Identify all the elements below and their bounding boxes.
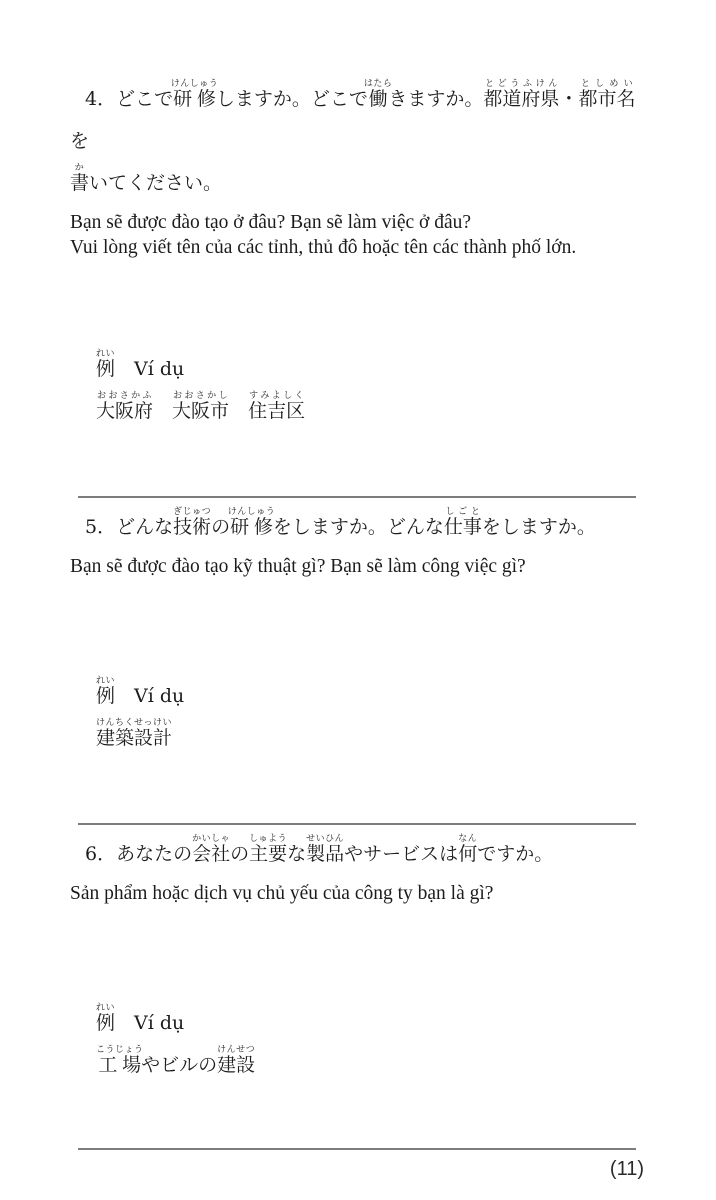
question-5-translation-vi-line-1: Bạn sẽ được đào tạo kỹ thuật gì? Bạn sẽ … [70,554,650,579]
question-4-translation-vi-line-1: Bạn sẽ được đào tạo ở đâu? Bạn sẽ làm vi… [70,210,650,235]
question-4-section: 4．どこで研修けんしゅうしますか。どこで働はたらきますか。都道府県とどうふけん・… [70,78,650,432]
question-6-example-answer: 工場こうじょうやビルの建設けんせつ [96,1044,650,1086]
question-5-example: 例れい Ví dụ 建築設計けんちくせっけい [70,675,650,759]
question-4-prompt-jp: 4．どこで研修けんしゅうしますか。どこで働はたらきますか。都道府県とどうふけん・… [70,78,650,204]
section-divider [78,1148,636,1150]
question-4-translation-vi-line-2: Vui lòng viết tên của các tỉnh, thủ đô h… [70,235,650,260]
question-6-answer-space [70,906,650,1002]
question-5-section: 5．どんな技術ぎじゅつの研修けんしゅうをしますか。どんな仕事しごとをしますか。 … [70,506,650,759]
question-6-prompt-jp: 6．あなたの会社かいしゃの主要しゅような製品せいひんやサービスは何なんですか。 [70,833,650,875]
example-label: 例れい Ví dụ [96,348,650,390]
question-4-example: 例れい Ví dụ 大阪府おおさかふ 大阪市おおさかし 住吉区すみよしく [70,348,650,432]
question-6-example: 例れい Ví dụ 工場こうじょうやビルの建設けんせつ [70,1002,650,1086]
question-5-example-answer: 建築設計けんちくせっけい [96,717,650,759]
question-6-section: 6．あなたの会社かいしゃの主要しゅような製品せいひんやサービスは何なんですか。 … [70,833,650,1086]
example-label: 例れい Ví dụ [96,1002,650,1044]
question-4-example-answer: 大阪府おおさかふ 大阪市おおさかし 住吉区すみよしく [96,390,650,432]
example-label: 例れい Ví dụ [96,675,650,717]
page-content: 4．どこで研修けんしゅうしますか。どこで働はたらきますか。都道府県とどうふけん・… [70,78,650,1181]
section-divider [78,496,636,498]
page-number: (11) [70,1158,644,1181]
question-6-translation-vi-line-1: Sản phẩm hoặc dịch vụ chủ yếu của công t… [70,881,650,906]
question-4-answer-space [70,260,650,348]
question-5-prompt-jp: 5．どんな技術ぎじゅつの研修けんしゅうをしますか。どんな仕事しごとをしますか。 [70,506,650,548]
section-divider [78,823,636,825]
question-5-answer-space [70,579,650,675]
worksheet-page: 4．どこで研修けんしゅうしますか。どこで働はたらきますか。都道府県とどうふけん・… [0,0,716,1200]
